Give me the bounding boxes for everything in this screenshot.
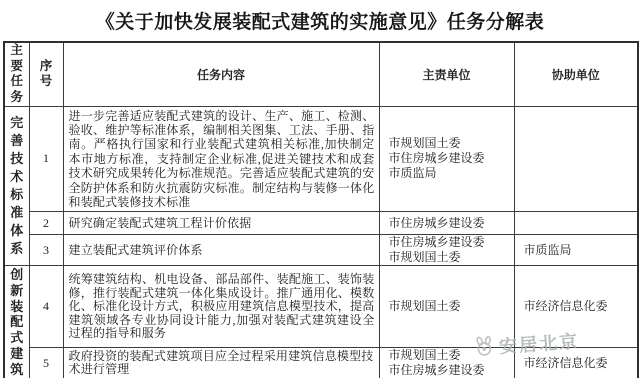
assisting-unit: 市经济信息化委 bbox=[514, 266, 638, 348]
group-label-standards-text: 完善技术标准体系 bbox=[10, 114, 24, 258]
row-number: 3 bbox=[29, 235, 63, 266]
responsible-unit: 市住房城乡建设委 bbox=[379, 212, 514, 235]
group-label-innovation: 创新装配式建筑 bbox=[4, 266, 29, 378]
table-row: 3 建立装配式建筑评价体系 市住房城乡建设委 市规划国土委 市质监局 bbox=[4, 235, 638, 266]
table-row: 2 研究确定装配式建筑工程计价依据 市住房城乡建设委 bbox=[4, 212, 638, 235]
document-page: 《关于加快发展装配式建筑的实施意见》任务分解表 主要任务 序号 任务内容 主责单… bbox=[0, 0, 640, 378]
row-number: 4 bbox=[29, 266, 63, 348]
table-row: 创新装配式建筑 4 统筹建筑结构、机电设备、部品部件、装配施工、装饰装修，推行装… bbox=[4, 266, 638, 348]
row-number: 1 bbox=[29, 106, 63, 212]
page-title: 《关于加快发展装配式建筑的实施意见》任务分解表 bbox=[0, 7, 640, 34]
assisting-unit: 市质监局 bbox=[514, 235, 638, 266]
task-content: 统筹建筑结构、机电设备、部品部件、装配施工、装饰装修，推行装配式建筑一体化集成设… bbox=[63, 266, 379, 348]
assisting-unit bbox=[514, 106, 638, 212]
responsible-unit: 市规划国土委 市住房城乡建设委 bbox=[379, 348, 514, 378]
task-breakdown-table: 主要任务 序号 任务内容 主责单位 协助单位 完善技术标准体系 1 进一步完善适… bbox=[3, 41, 639, 378]
row-number: 5 bbox=[29, 348, 63, 378]
responsible-unit: 市住房城乡建设委 市规划国土委 bbox=[379, 235, 514, 266]
task-content: 建立装配式建筑评价体系 bbox=[63, 235, 379, 266]
col-header-responsible: 主责单位 bbox=[379, 42, 514, 106]
header-row: 主要任务 序号 任务内容 主责单位 协助单位 bbox=[4, 42, 638, 106]
col-header-assisting: 协助单位 bbox=[514, 42, 638, 106]
col-header-main-task-label: 主要任务 bbox=[10, 43, 24, 105]
task-content: 政府投资的装配式建筑项目应全过程采用建筑信息模型技术进行管理 bbox=[63, 348, 379, 378]
row-number: 2 bbox=[29, 212, 63, 235]
col-header-serial: 序号 bbox=[29, 42, 63, 106]
group-label-standards: 完善技术标准体系 bbox=[4, 106, 29, 266]
col-header-main-task: 主要任务 bbox=[4, 42, 29, 106]
task-content: 研究确定装配式建筑工程计价依据 bbox=[63, 212, 379, 235]
responsible-unit: 市规划国土委 bbox=[379, 266, 514, 348]
col-header-content: 任务内容 bbox=[63, 42, 379, 106]
responsible-unit: 市规划国土委 市住房城乡建设委 市质监局 bbox=[379, 106, 514, 212]
assisting-unit bbox=[514, 212, 638, 235]
task-content: 进一步完善适应装配式建筑的设计、生产、施工、检测、验收、维护等标准体系，编制相关… bbox=[63, 106, 379, 212]
table-row: 5 政府投资的装配式建筑项目应全过程采用建筑信息模型技术进行管理 市规划国土委 … bbox=[4, 348, 638, 378]
group-label-innovation-text: 创新装配式建筑 bbox=[10, 267, 24, 378]
assisting-unit: 市经济信息化委 bbox=[514, 348, 638, 378]
table-row: 完善技术标准体系 1 进一步完善适应装配式建筑的设计、生产、施工、检测、验收、维… bbox=[4, 106, 638, 212]
col-header-serial-label: 序号 bbox=[39, 59, 53, 90]
